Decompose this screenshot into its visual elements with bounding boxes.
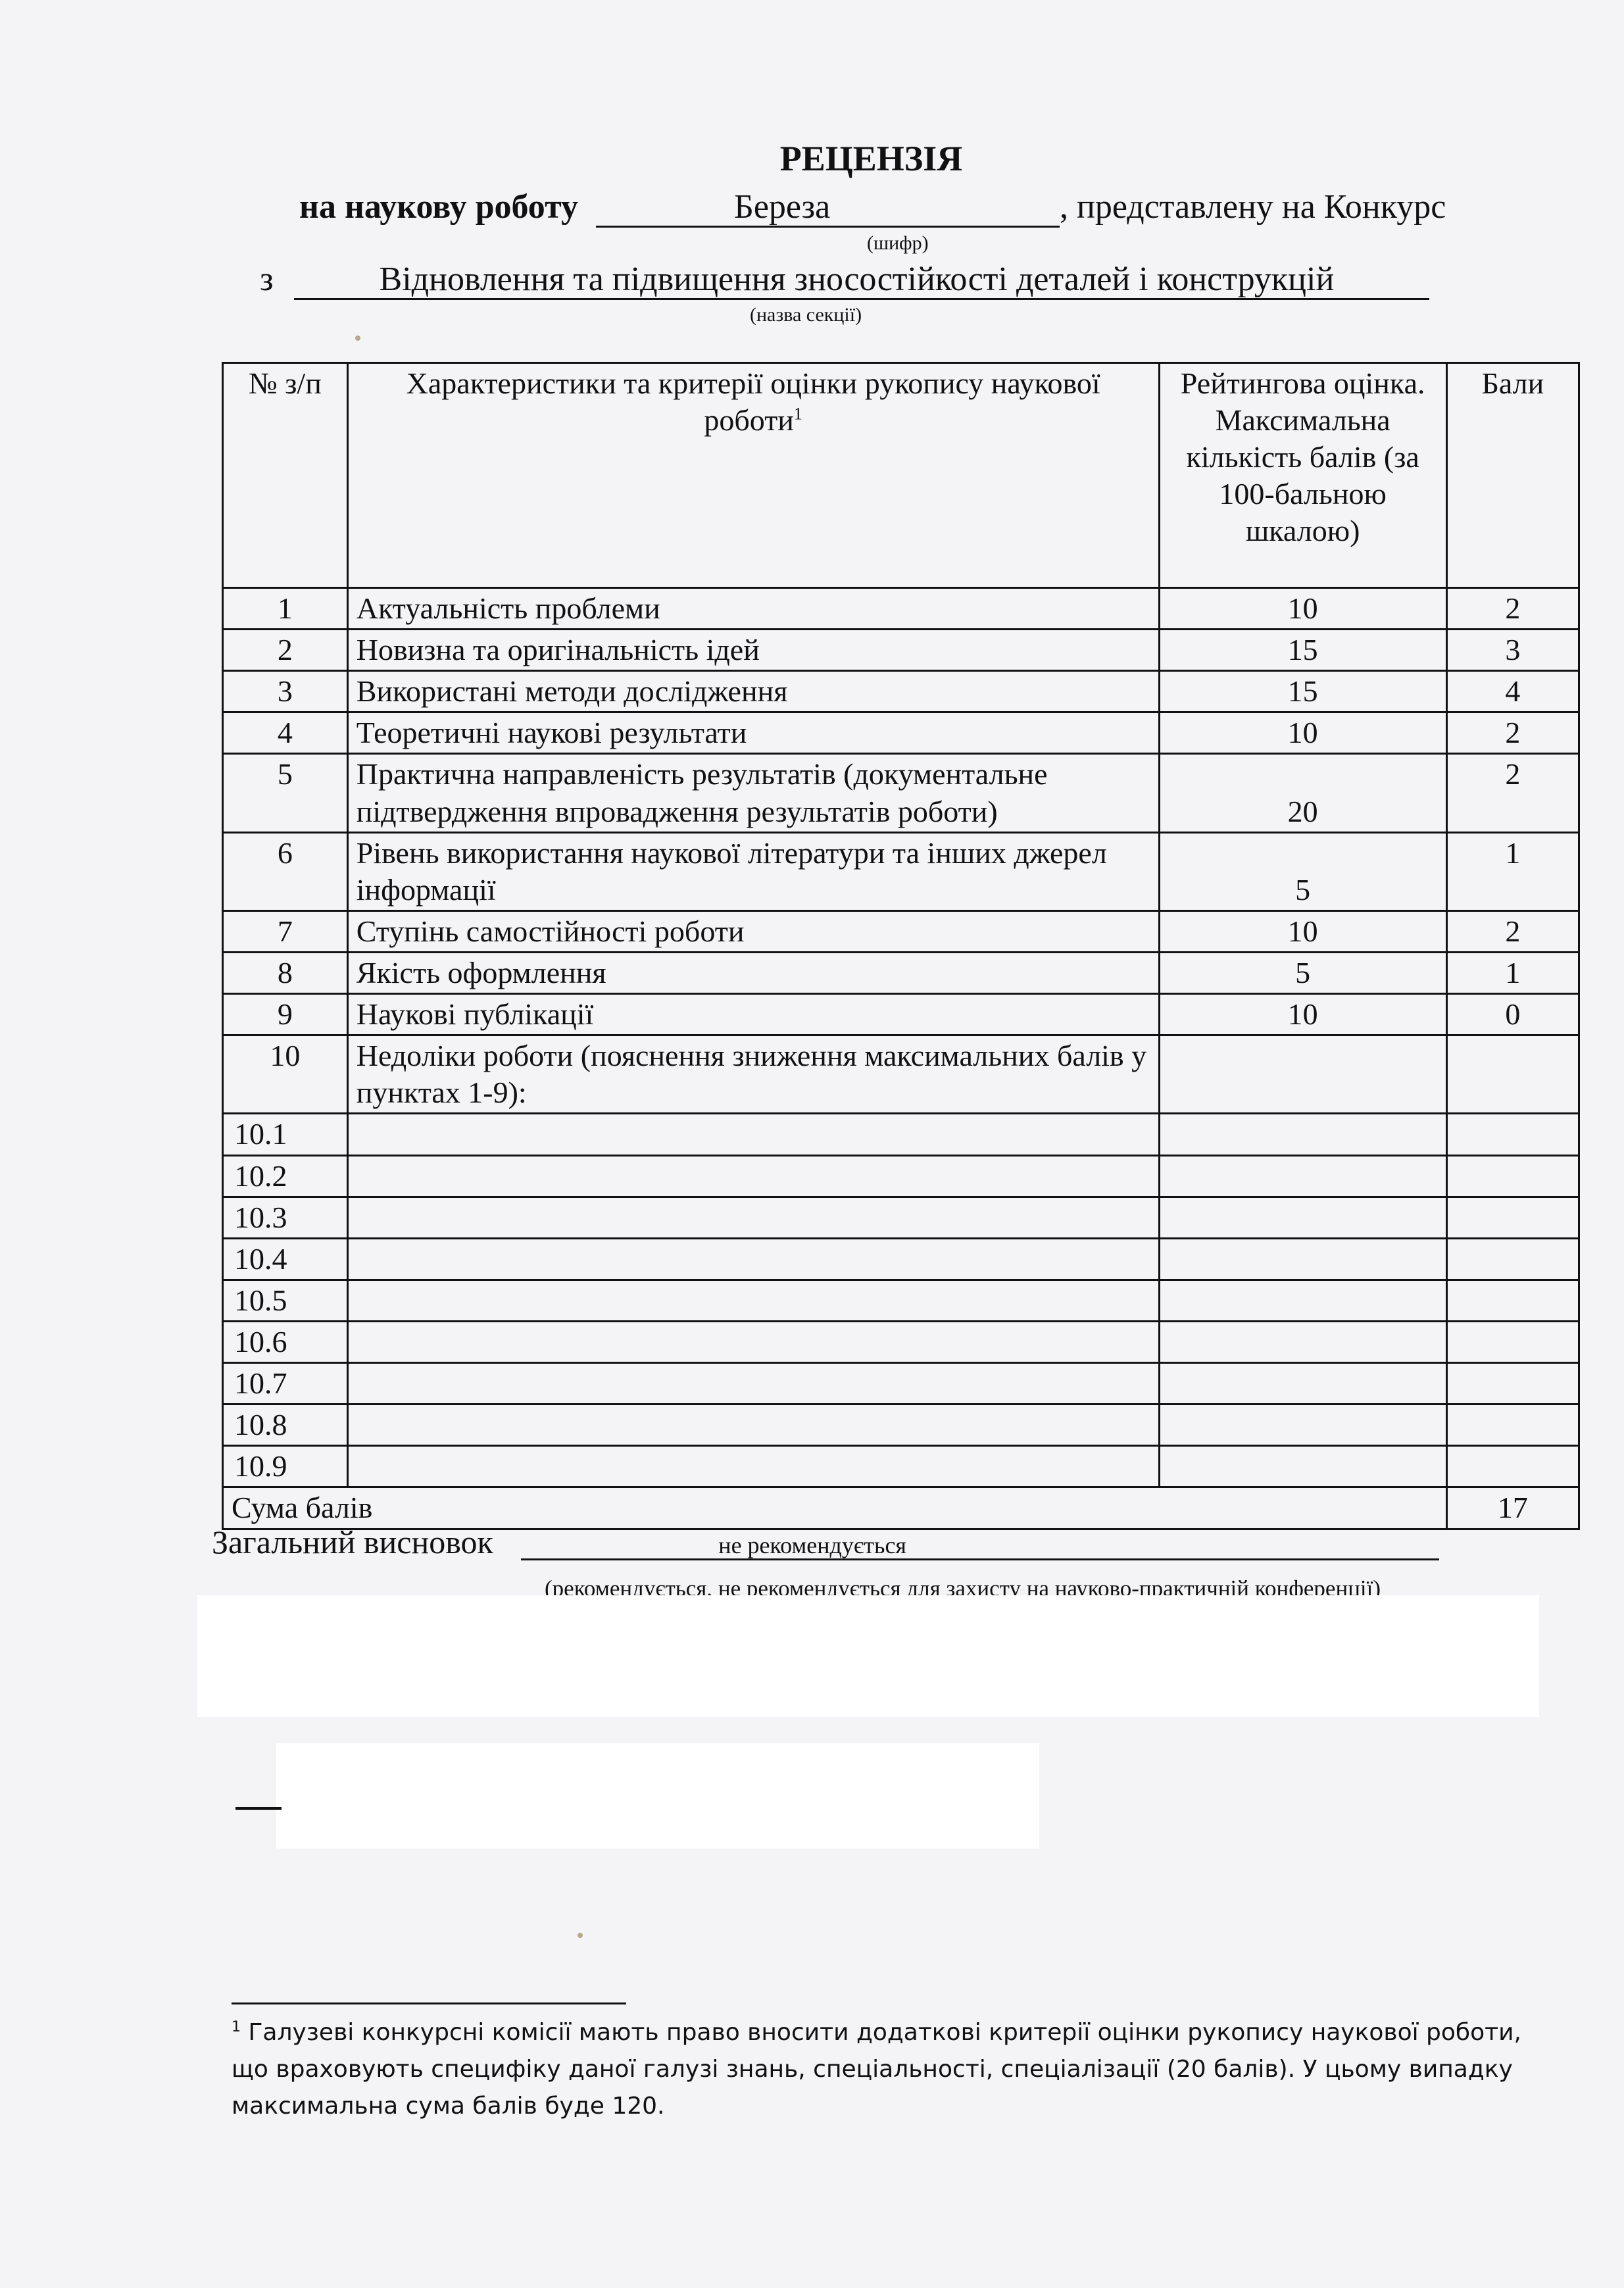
table-row: 8Якість оформлення51 xyxy=(223,952,1579,993)
scan-speck xyxy=(355,336,360,341)
row-criterion[interactable] xyxy=(347,1321,1159,1362)
work-suffix: , представлену на Конкурс xyxy=(1060,188,1446,226)
footnote-number: 1 xyxy=(232,2019,241,2035)
header-criteria: Характеристики та критерії оцінки рукопи… xyxy=(347,363,1159,588)
row-criterion: Наукові публікації xyxy=(347,994,1159,1035)
conclusion-blank-left xyxy=(521,1533,718,1560)
table-row: 10.7 xyxy=(223,1363,1579,1405)
header-num: № з/п xyxy=(223,363,348,588)
cipher-blank-left xyxy=(596,189,734,228)
row-criterion: Якість оформлення xyxy=(347,952,1159,993)
row-score xyxy=(1446,1197,1579,1238)
table-row: 10.1 xyxy=(223,1114,1579,1155)
row-max-score xyxy=(1159,1155,1446,1197)
row-num: 10.2 xyxy=(223,1155,348,1197)
row-score[interactable]: 2 xyxy=(1446,754,1579,832)
table-row: 10.4 xyxy=(223,1238,1579,1280)
header-max: Рейтингова оцінка. Максимальна кількість… xyxy=(1159,363,1446,588)
row-max-score: 20 xyxy=(1159,754,1446,832)
table-row: 10.2 xyxy=(223,1155,1579,1197)
work-line: на наукову роботу Береза , представлену … xyxy=(299,187,1446,228)
row-num: 2 xyxy=(223,630,348,671)
row-max-score xyxy=(1159,1405,1446,1446)
table-row: 7Ступінь самостійності роботи102 xyxy=(223,910,1579,952)
row-criterion[interactable] xyxy=(347,1405,1159,1446)
redacted-signature xyxy=(276,1743,1039,1849)
table-row: 6Рівень використання наукової літератури… xyxy=(223,832,1579,910)
table-row: 10.5 xyxy=(223,1280,1579,1321)
row-max-score xyxy=(1159,1114,1446,1155)
row-max-score: 5 xyxy=(1159,832,1446,910)
row-score[interactable]: 2 xyxy=(1446,588,1579,630)
row-score[interactable] xyxy=(1446,1035,1579,1114)
row-score xyxy=(1446,1238,1579,1280)
section-blank-right xyxy=(1334,262,1429,300)
row-criterion[interactable] xyxy=(347,1155,1159,1197)
row-criterion: Рівень використання наукової літератури … xyxy=(347,832,1159,910)
row-num: 10.9 xyxy=(223,1446,348,1487)
row-num: 10 xyxy=(223,1035,348,1114)
row-max-score: 10 xyxy=(1159,588,1446,630)
footnote-mark: 1 xyxy=(794,405,802,424)
row-score xyxy=(1446,1405,1579,1446)
row-max-score xyxy=(1159,1363,1446,1405)
row-max-score xyxy=(1159,1238,1446,1280)
row-num: 10.6 xyxy=(223,1321,348,1362)
table-row: 10.9 xyxy=(223,1446,1579,1487)
row-criterion: Актуальність проблеми xyxy=(347,588,1159,630)
row-num: 10.4 xyxy=(223,1238,348,1280)
section-prefix: з xyxy=(260,261,274,298)
table-row: 10.6 xyxy=(223,1321,1579,1362)
row-criterion[interactable] xyxy=(347,1280,1159,1321)
row-criterion[interactable] xyxy=(347,1363,1159,1405)
row-max-score xyxy=(1159,1280,1446,1321)
row-num: 10.7 xyxy=(223,1363,348,1405)
row-criterion[interactable] xyxy=(347,1238,1159,1280)
section-line: з Відновлення та підвищення зносостійкос… xyxy=(260,260,1429,300)
section-blank-left xyxy=(294,262,380,300)
row-criterion[interactable] xyxy=(347,1446,1159,1487)
row-score[interactable]: 2 xyxy=(1446,910,1579,952)
row-criterion: Недоліки роботи (пояснення зниження макс… xyxy=(347,1035,1159,1114)
row-max-score: 15 xyxy=(1159,671,1446,712)
row-max-score xyxy=(1159,1446,1446,1487)
table-row: 10.3 xyxy=(223,1197,1579,1238)
row-num: 7 xyxy=(223,910,348,952)
conclusion-blank-right xyxy=(906,1533,1439,1560)
row-max-score: 10 xyxy=(1159,994,1446,1035)
row-score xyxy=(1446,1280,1579,1321)
table-row: 10Недоліки роботи (пояснення зниження ма… xyxy=(223,1035,1579,1114)
header-criteria-text: Характеристики та критерії оцінки рукопи… xyxy=(406,366,1100,437)
row-score[interactable]: 4 xyxy=(1446,671,1579,712)
footnote-text: Галузеві конкурсні комісії мають право в… xyxy=(232,2019,1521,2120)
work-prefix: на наукову роботу xyxy=(299,188,578,226)
row-num: 10.5 xyxy=(223,1280,348,1321)
row-max-score xyxy=(1159,1035,1446,1114)
row-score xyxy=(1446,1321,1579,1362)
row-max-score: 5 xyxy=(1159,952,1446,993)
conclusion-line: Загальний висновок не рекомендується xyxy=(212,1523,1439,1561)
row-score[interactable]: 1 xyxy=(1446,832,1579,910)
sum-value: 17 xyxy=(1446,1487,1579,1529)
row-score xyxy=(1446,1363,1579,1405)
table-row: 10.8 xyxy=(223,1405,1579,1446)
table-row: 5Практична направленість результатів (до… xyxy=(223,754,1579,832)
row-num: 8 xyxy=(223,952,348,993)
conclusion-field[interactable]: не рекомендується xyxy=(718,1533,906,1560)
footnote: 1 Галузеві конкурсні комісії мають право… xyxy=(232,2014,1554,2124)
row-score xyxy=(1446,1155,1579,1197)
scan-speck xyxy=(578,1933,583,1938)
header-score: Бали xyxy=(1446,363,1579,588)
row-num: 1 xyxy=(223,588,348,630)
evaluation-table: № з/п Характеристики та критерії оцінки … xyxy=(222,362,1580,1530)
row-max-score xyxy=(1159,1197,1446,1238)
row-score[interactable]: 3 xyxy=(1446,630,1579,671)
row-criterion: Новизна та оригінальність ідей xyxy=(347,630,1159,671)
row-num: 6 xyxy=(223,832,348,910)
row-criterion[interactable] xyxy=(347,1114,1159,1155)
row-num: 3 xyxy=(223,671,348,712)
row-max-score xyxy=(1159,1321,1446,1362)
row-num: 9 xyxy=(223,994,348,1035)
row-score xyxy=(1446,1446,1579,1487)
table-row: 4Теоретичні наукові результати102 xyxy=(223,712,1579,754)
row-score[interactable]: 1 xyxy=(1446,952,1579,993)
row-criterion: Ступінь самостійності роботи xyxy=(347,910,1159,952)
section-caption: (назва секції) xyxy=(750,304,862,326)
table-row: 9Наукові публікації100 xyxy=(223,994,1579,1035)
row-criterion: Практична направленість результатів (док… xyxy=(347,754,1159,832)
row-score xyxy=(1446,1114,1579,1155)
table-header-row: № з/п Характеристики та критерії оцінки … xyxy=(223,363,1579,588)
row-score[interactable]: 2 xyxy=(1446,712,1579,754)
cipher-field[interactable]: Береза xyxy=(734,189,843,228)
cipher-blank-right xyxy=(843,189,1060,228)
row-max-score: 10 xyxy=(1159,712,1446,754)
row-num: 4 xyxy=(223,712,348,754)
document-title: РЕЦЕНЗІЯ xyxy=(0,138,1624,179)
cipher-caption: (шифр) xyxy=(867,232,929,255)
signature-dash xyxy=(235,1807,282,1810)
row-num: 10.8 xyxy=(223,1405,348,1446)
redacted-block xyxy=(197,1595,1539,1717)
row-criterion[interactable] xyxy=(347,1197,1159,1238)
footnote-separator xyxy=(232,2002,626,2004)
row-num: 5 xyxy=(223,754,348,832)
conclusion-label: Загальний висновок xyxy=(212,1524,493,1560)
section-field[interactable]: Відновлення та підвищення зносостійкості… xyxy=(380,262,1335,300)
row-num: 10.3 xyxy=(223,1197,348,1238)
row-criterion: Теоретичні наукові результати xyxy=(347,712,1159,754)
row-score[interactable]: 0 xyxy=(1446,994,1579,1035)
table-row: 2Новизна та оригінальність ідей153 xyxy=(223,630,1579,671)
table-row: 3Використані методи дослідження154 xyxy=(223,671,1579,712)
row-num: 10.1 xyxy=(223,1114,348,1155)
row-max-score: 15 xyxy=(1159,630,1446,671)
table-row: 1Актуальність проблеми102 xyxy=(223,588,1579,630)
row-max-score: 10 xyxy=(1159,910,1446,952)
row-criterion: Використані методи дослідження xyxy=(347,671,1159,712)
